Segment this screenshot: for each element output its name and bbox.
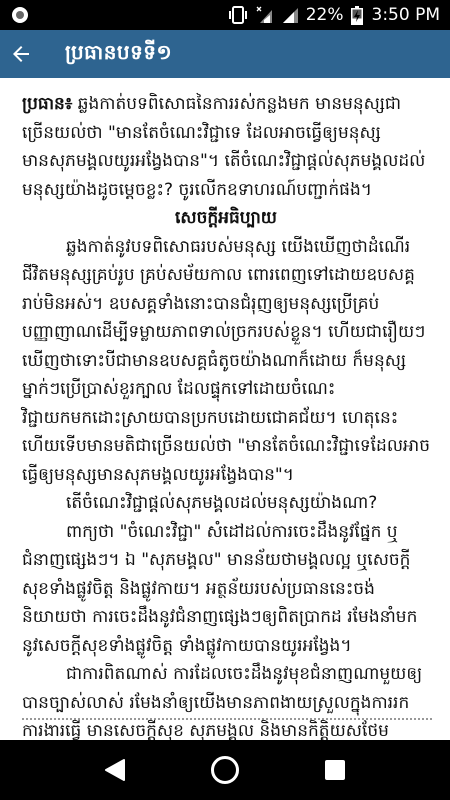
battery-percent: 22% (306, 5, 344, 25)
nav-recents-button[interactable] (311, 746, 359, 794)
clock: 3:50 PM (372, 5, 441, 25)
nav-recents-icon (324, 759, 346, 781)
article-content[interactable]: ប្រធាន៖ ឆ្លងកាត់បទពិសោធនៃការរស់កន្លងមក ម… (0, 78, 450, 740)
status-bar: 22% 3:50 PM (0, 0, 450, 30)
vibrate-icon (227, 6, 249, 24)
nav-bar (0, 740, 450, 800)
nav-back-button[interactable] (91, 746, 139, 794)
back-button[interactable] (0, 30, 45, 78)
paragraph-3: ពាក្យថា "ចំណេះវិជ្ជា" សំដៅដល់ការចេះដឹងនូ… (22, 518, 430, 661)
paragraph-2: តើចំណេះវិជ្ជាផ្តល់សុភមង្គលដល់មនុស្សយ៉ាងណ… (22, 489, 430, 518)
app-bar: ប្រធានបទទី១ (0, 30, 450, 78)
signal-icon (281, 6, 299, 24)
battery-charging-icon (351, 6, 363, 25)
nav-back-icon (104, 758, 126, 782)
topic-label: ប្រធាន៖ (22, 94, 72, 114)
nav-home-button[interactable] (201, 746, 249, 794)
signal-no-data-icon (256, 6, 274, 24)
paragraph-1: ឆ្លងកាត់នូវបទពិសោធរបស់មនុស្ស យើងឃើញថាដំណ… (22, 233, 430, 490)
section-title: សេចក្តីអធិប្បាយ (22, 204, 430, 233)
topic-text: ឆ្លងកាត់បទពិសោធនៃការរស់កន្លងមក មានមនុស្ស… (22, 94, 425, 200)
topic-paragraph: ប្រធាន៖ ឆ្លងកាត់បទពិសោធនៃការរស់កន្លងមក ម… (22, 90, 430, 204)
page-title: ប្រធានបទទី១ (65, 39, 172, 69)
screen: 22% 3:50 PM ប្រធានបទទី១ ប្រធាន៖ ឆ្លងកាត់… (0, 0, 450, 800)
paragraph-4: ជាការពិតណាស់ ការដែលចេះដឹងនូវមុខជំនាញណាមួ… (22, 660, 430, 740)
screen-record-icon (12, 7, 28, 23)
arrow-left-icon (9, 42, 33, 66)
partially-visible-line (22, 718, 432, 724)
nav-home-icon (210, 755, 240, 785)
